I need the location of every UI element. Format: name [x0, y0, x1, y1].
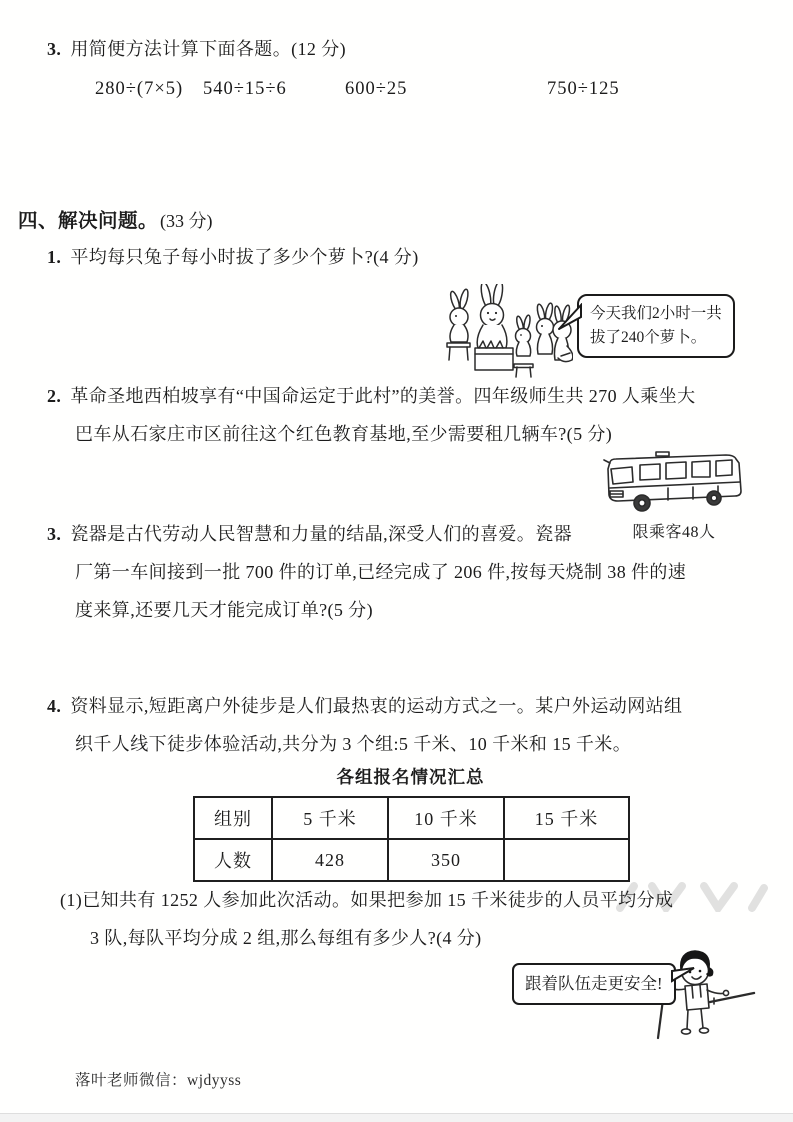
problem-3-line-3: 度来算,还要几天才能完成订单?(5 分) [75, 599, 373, 622]
problem-3-line-2: 厂第一车间接到一批 700 件的订单,已经完成了 206 件,按每天烧制 38 … [75, 561, 686, 584]
table-cell-5km: 428 [272, 839, 388, 881]
rabbit-family-illustration [441, 284, 573, 384]
subquestion-line-2: 3 队,每队平均分成 2 组,那么每组有多少人?(4 分) [90, 927, 482, 950]
rabbit-speech-bubble: 今天我们2小时一共 拔了240个萝卜。 [577, 294, 735, 358]
worksheet-page: 3.用简便方法计算下面各题。(12 分) 280÷(7×5) 540÷15÷6 … [0, 0, 793, 1122]
speech-bubble-tail [558, 303, 582, 331]
problem-4-line-1: 4.资料显示,短距离户外徒步是人们最热衷的运动方式之一。某户外运动网站组 [47, 695, 682, 718]
table-header-row: 组别 5 千米 10 千米 15 千米 [194, 797, 629, 839]
page-edge-bar [0, 1113, 793, 1122]
calc-question-heading: 3.用简便方法计算下面各题。(12 分) [47, 38, 346, 61]
bubble-text-line: 今天我们2小时一共 [590, 302, 722, 326]
section-score: (33 分) [160, 211, 213, 231]
table-data-row: 人数 428 350 [194, 839, 629, 881]
question-number: 1. [47, 247, 61, 267]
bubble-text: 跟着队伍走更安全! [525, 974, 663, 993]
problem-2-line-2: 巴车从石家庄市区前往这个红色教育基地,至少需要租几辆车?(5 分) [75, 423, 612, 446]
table-cell-10km: 350 [388, 839, 504, 881]
table-header-cell: 组别 [194, 797, 272, 839]
table-cell-15km-empty [504, 839, 629, 881]
subquestion-line-1: (1)已知共有 1252 人参加此次活动。如果把参加 15 千米徒步的人员平均分… [60, 889, 673, 912]
table-header-cell: 15 千米 [504, 797, 629, 839]
question-number: 3. [47, 39, 61, 59]
boy-speech-bubble: 跟着队伍走更安全! [512, 963, 676, 1005]
section-title: 四、解决问题。 [18, 210, 158, 232]
expression-1: 280÷(7×5) [95, 79, 183, 100]
question-number: 4. [47, 696, 61, 716]
speech-bubble-tail [671, 967, 695, 989]
bus-capacity-caption: 限乘客48人 [600, 519, 748, 542]
bus-illustration [598, 449, 750, 519]
teacher-wechat-footer: 落叶老师微信：wjdyyss [75, 1068, 241, 1090]
question-number: 3. [47, 524, 61, 544]
question-text: 资料显示,短距离户外徒步是人们最热衷的运动方式之一。某户外运动网站组 [70, 696, 682, 716]
table-header-cell: 5 千米 [272, 797, 388, 839]
table-header-cell: 10 千米 [388, 797, 504, 839]
question-text: 瓷器是古代劳动人民智慧和力量的结晶,深受人们的喜爱。瓷器 [70, 524, 572, 544]
table-row-label: 人数 [194, 839, 272, 881]
problem-1: 1.平均每只兔子每小时拔了多少个萝卜?(4 分) [47, 246, 419, 269]
expression-4: 750÷125 [547, 79, 620, 100]
section-four-heading: 四、解决问题。(33 分) [18, 205, 213, 233]
question-text: 用简便方法计算下面各题。(12 分) [70, 39, 346, 59]
table-title: 各组报名情况汇总 [193, 764, 628, 789]
problem-3-line-1: 3.瓷器是古代劳动人民智慧和力量的结晶,深受人们的喜爱。瓷器 [47, 523, 572, 546]
question-text: 平均每只兔子每小时拔了多少个萝卜?(4 分) [70, 247, 418, 267]
signup-table: 组别 5 千米 10 千米 15 千米 人数 428 350 [193, 796, 630, 882]
problem-4-line-2: 织千人线下徒步体验活动,共分为 3 个组:5 千米、10 千米和 15 千米。 [75, 733, 631, 756]
bubble-text-line: 拔了240个萝卜。 [590, 326, 722, 350]
question-number: 2. [47, 386, 61, 406]
question-text: 革命圣地西柏坡享有“中国命运定于此村”的美誉。四年级师生共 270 人乘坐大 [70, 386, 695, 406]
problem-2-line-1: 2.革命圣地西柏坡享有“中国命运定于此村”的美誉。四年级师生共 270 人乘坐大 [47, 385, 696, 408]
expression-2: 540÷15÷6 [203, 79, 287, 100]
expression-3: 600÷25 [345, 79, 407, 100]
